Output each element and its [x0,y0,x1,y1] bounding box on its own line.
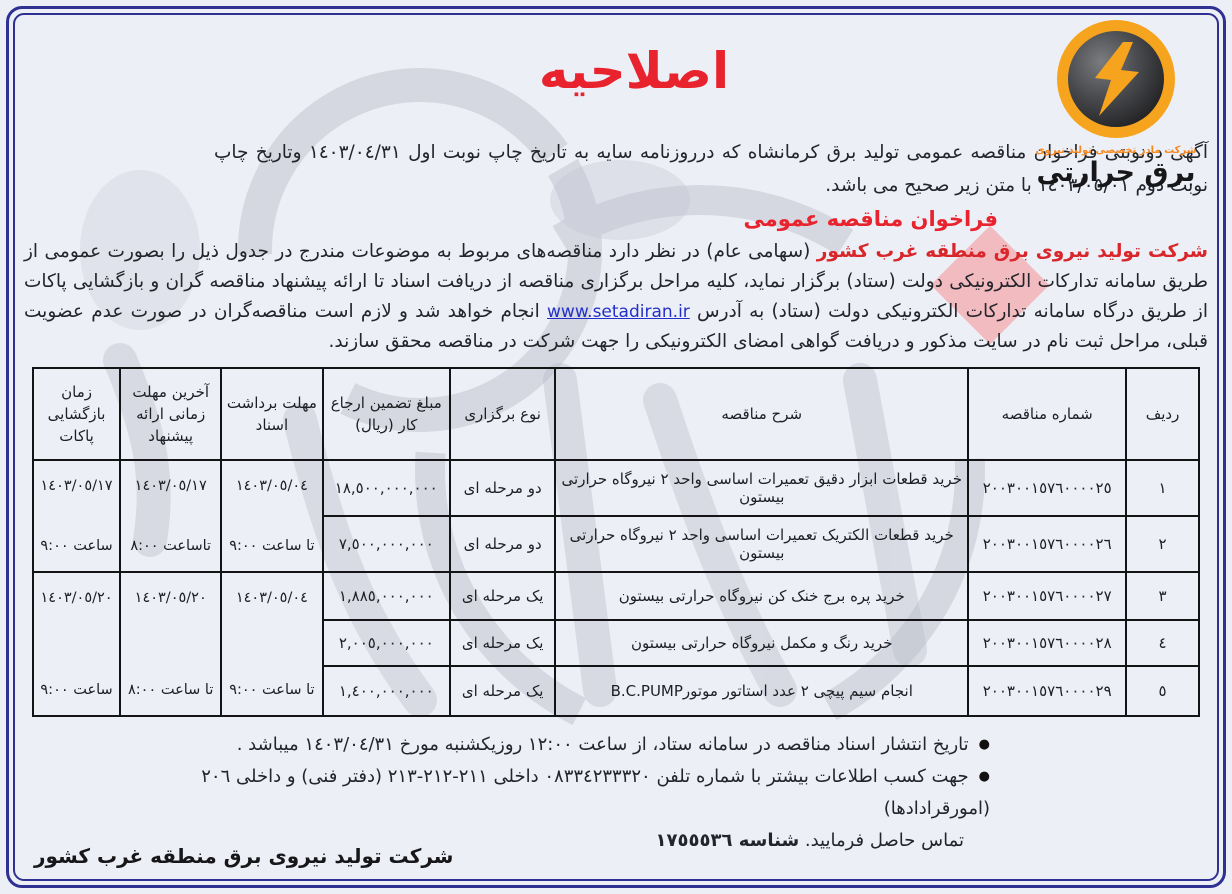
footer-notes: ●تاریخ انتشار اسناد مناقصه در سامانه ستا… [145,729,990,857]
cell-row-number: ٣ [1126,572,1199,620]
cell-type: دو مرحله ای [450,460,555,516]
cell-type: دو مرحله ای [450,516,555,572]
logo-company-name: برق حرارتی [1030,157,1202,188]
cell-row-number: ٤ [1126,620,1199,666]
col-header-description: شرح مناقصه [555,368,968,460]
table-header-row: ردیف شماره مناقصه شرح مناقصه نوع برگزاری… [33,368,1199,460]
bullet-icon: ● [979,729,990,761]
company-signature: شرکت تولید نیروی برق منطقه غرب کشور [34,844,453,868]
note-publish-date-text: تاریخ انتشار اسناد مناقصه در سامانه ستاد… [237,734,969,755]
cell-guarantee-amount: ١٨,٥٠٠,٠٠٠,٠٠٠ [323,460,451,516]
note-contact-tail-text: تماس حاصل فرمایید. [799,830,964,851]
company-logo: شرکت مادر تخصصی تولید نیروی برق حرارتی [1030,20,1202,188]
note-contact-info: ●جهت کسب اطلاعات بیشتر با شماره تلفن ٠٨٣… [145,761,990,825]
cell-type: یک مرحله ای [450,666,555,716]
note-contact-info-text: جهت کسب اطلاعات بیشتر با شماره تلفن ٠٨٣٣… [201,766,990,819]
table-row: ١ ٢٠٠٣٠٠١٥٧٦٠٠٠٠٢٥ خرید قطعات ابزار دقیق… [33,460,1199,516]
cell-type: یک مرحله ای [450,620,555,666]
cell-tender-number: ٢٠٠٣٠٠١٥٧٦٠٠٠٠٢٦ [968,516,1126,572]
tenders-table: ردیف شماره مناقصه شرح مناقصه نوع برگزاری… [32,367,1200,717]
note-publish-date: ●تاریخ انتشار اسناد مناقصه در سامانه ستا… [145,729,990,761]
bullet-icon: ● [979,761,990,793]
cell-guarantee-amount: ١,٨٨٥,٠٠٠,٠٠٠ [323,572,451,620]
cell-guarantee-amount: ١,٤٠٠,٠٠٠,٠٠٠ [323,666,451,716]
cell-type: یک مرحله ای [450,572,555,620]
lightning-bolt-icon [1057,20,1175,138]
notice-id: شناسه ١٧٥٥٥٣٦ [656,830,800,851]
cell-doc-deadline-group2: ١٤٠٣/٠٥/٠٤تا ساعت ٩:٠٠ [221,572,322,716]
cell-description: خرید پره برج خنک کن نیروگاه حرارتی بیستو… [555,572,968,620]
table-row: ٣ ٢٠٠٣٠٠١٥٧٦٠٠٠٠٢٧ خرید پره برج خنک کن ن… [33,572,1199,620]
col-header-opening-time: زمان بازگشایی پاکات [33,368,120,460]
page-title: اصلاحیه [204,42,1064,100]
cell-guarantee-amount: ٢,٠٠٥,٠٠٠,٠٠٠ [323,620,451,666]
col-header-type: نوع برگزاری [450,368,555,460]
company-name-lead: شرکت تولید نیروی برق منطقه غرب کشور [817,241,1208,262]
cell-tender-number: ٢٠٠٣٠٠١٥٧٦٠٠٠٠٢٩ [968,666,1126,716]
cell-guarantee-amount: ٧,٥٠٠,٠٠٠,٠٠٠ [323,516,451,572]
cell-tender-number: ٢٠٠٣٠٠١٥٧٦٠٠٠٠٢٥ [968,460,1126,516]
tender-call-heading: فراخوان مناقصه عمومی [24,204,1208,234]
cell-proposal-deadline-group1: ١٤٠٣/٠٥/١٧تاساعت ٨:٠٠ [120,460,221,572]
col-header-doc-deadline: مهلت برداشت اسناد [221,368,322,460]
cell-proposal-deadline-group2: ١٤٠٣/٠٥/٢٠تا ساعت ٨:٠٠ [120,572,221,716]
col-header-guarantee: مبلغ تضمین ارجاع کار (ریال) [323,368,451,460]
cell-doc-deadline-group1: ١٤٠٣/٠٥/٠٤تا ساعت ٩:٠٠ [221,460,322,572]
cell-description: خرید قطعات الکتریک تعمیرات اساسی واحد ٢ … [555,516,968,572]
cell-description: انجام سیم پیچی ٢ عدد استاتور موتورB.C.PU… [555,666,968,716]
cell-row-number: ٢ [1126,516,1199,572]
setadiran-link[interactable]: www.setadiran.ir [547,302,690,322]
cell-tender-number: ٢٠٠٣٠٠١٥٧٦٠٠٠٠٢٧ [968,572,1126,620]
cell-row-number: ٥ [1126,666,1199,716]
document-header: اصلاحیه شرکت مادر تخصصی تولید نیروی برق … [24,20,1208,136]
cell-opening-time-group1: ١٤٠٣/٠٥/١٧ساعت ٩:٠٠ [33,460,120,572]
logo-subtitle: شرکت مادر تخصصی تولید نیروی [1030,145,1202,156]
cell-description: خرید قطعات ابزار دقیق تعمیرات اساسی واحد… [555,460,968,516]
cell-description: خرید رنگ و مکمل نیروگاه حرارتی بیستون [555,620,968,666]
col-header-row-number: ردیف [1126,368,1199,460]
col-header-tender-number: شماره مناقصه [968,368,1126,460]
tender-body-paragraph: شرکت تولید نیروی برق منطقه غرب کشور (سها… [24,237,1208,357]
cell-opening-time-group2: ١٤٠٣/٠٥/٢٠ساعت ٩:٠٠ [33,572,120,716]
cell-tender-number: ٢٠٠٣٠٠١٥٧٦٠٠٠٠٢٨ [968,620,1126,666]
cell-row-number: ١ [1126,460,1199,516]
logo-ring [1057,20,1175,138]
correction-notice-page: اصلاحیه شرکت مادر تخصصی تولید نیروی برق … [0,0,1232,894]
col-header-proposal-deadline: آخرین مهلت زمانی ارائه پیشنهاد [120,368,221,460]
